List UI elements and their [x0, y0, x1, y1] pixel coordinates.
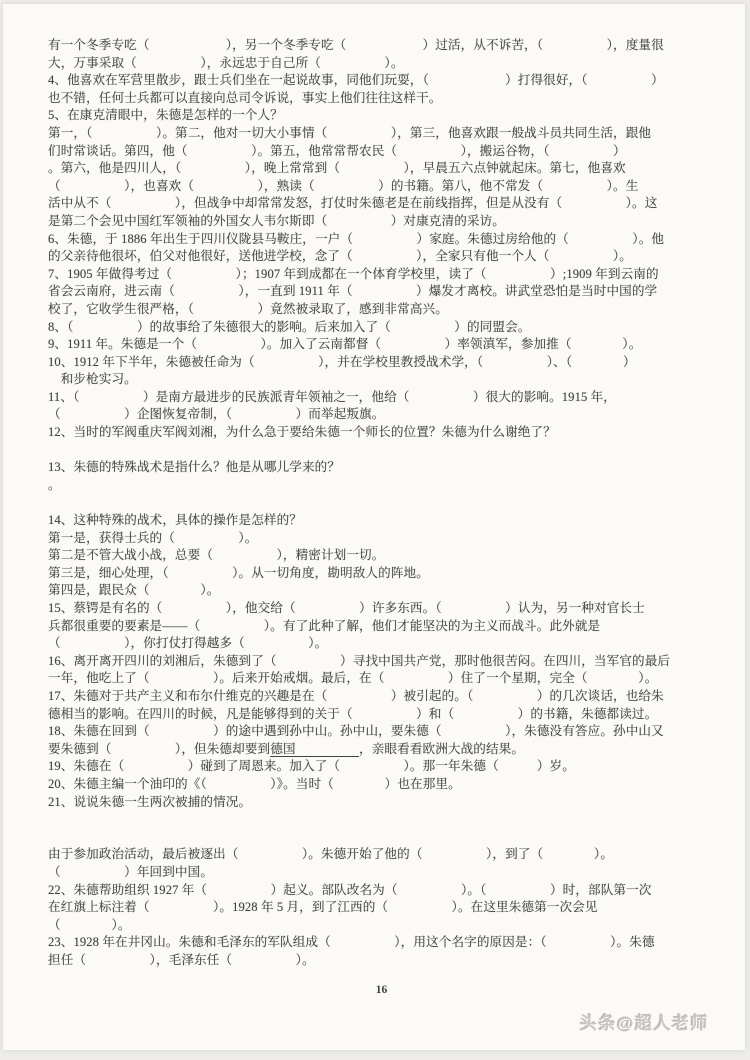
text-line: （ ）。	[48, 917, 715, 935]
text-line: 6、朱德，于 1886 年出生于四川仪陇县马鞍庄，一户（ ）家庭。朱德过房给他的…	[48, 231, 715, 249]
blank-line	[48, 811, 715, 829]
worksheet-body: 有一个冬季专吃（ ），另一个冬季专吃（ ）过活，从不诉苦，（ ），度量很 大，万…	[3, 4, 745, 996]
text-line: 17、朱德对于共产主义和布尔什维克的兴趣是在（ ）被引起的。（ ）的几次谈话，也…	[48, 688, 715, 706]
text-line: （ ），你打仗打得越多（ ）。	[48, 635, 715, 653]
text-line: 第一是，获得士兵的（ ）。	[48, 530, 715, 548]
text-line: （ ）企图恢复帝制，（ ）而举起叛旗。	[48, 406, 715, 424]
text-line: 10、1912 年下半年，朱德被任命为（ ），并在学校里教授战术学，（ ）、（ …	[48, 354, 715, 372]
text-line: 12、当时的军阀重庆军阀刘湘，为什么急于要给朱德一个师长的位置？朱德为什么谢绝了…	[48, 424, 715, 442]
text-line: 省会云南府，进云南（ ），一直到 1911 年（ ）爆发才离校。讲武堂恐怕是当时…	[48, 283, 715, 301]
text-line: 13、朱德的特殊战术是指什么？他是从哪儿学来的？	[48, 459, 715, 477]
text-line: 5、在康克清眼中，朱德是怎样的一个人？	[48, 107, 715, 125]
text-line: 活中从不（ ），但战争中却常常发怒，打仗时朱德老是在前线指挥，但是从没有（ ）。…	[48, 195, 715, 213]
text-line: 9、1911 年。朱德是一个（ ）。加入了云南都督（ ）率领滇军，参加推（ ）。	[48, 336, 715, 354]
text-line: 兵都很重要的要素是——（ ）。有了此种了解，他们才能坚决的为主义而战斗。此外就是	[48, 618, 715, 636]
text-line: 由于参加政治活动，最后被逐出（ ）。朱德开始了他的（ ），到了（ ）。	[48, 846, 715, 864]
text-line: 19、朱德在（ ）碰到了周恩来。加入了（ ）。那一年朱德（ ）岁。	[48, 758, 715, 776]
text-line: 8、（ ）的故事给了朱德很大的影响。后来加入了（ ）的同盟会。	[48, 319, 715, 337]
underlined-answer: 德国	[270, 742, 359, 756]
text-line: 。第六，他是四川人，（ ），晚上常常到（ ），早晨五六点钟就起床。第七，他喜欢	[48, 160, 715, 178]
text-line: 18、朱德在回到（ ）的途中遇到孙中山。孙中山，要朱德（ ），朱德没有答应。孙中…	[48, 723, 715, 741]
blank-line	[48, 829, 715, 847]
text-line: 15、蔡锷是有名的（ ），他交给（ ）许多东西。（ ）认为，另一种对官长士	[48, 600, 715, 618]
text-segment: 要朱德到（ ），但朱德却要到	[48, 742, 270, 756]
text-line: 。	[48, 477, 715, 495]
text-line: （ ）年回到中国。	[48, 864, 715, 882]
page-number: 16	[48, 984, 715, 996]
text-line: 14、这种特殊的战术，具体的操作是怎样的？	[48, 512, 715, 530]
text-line: 是第二个会见中国红军领袖的外国女人韦尔斯即（ ）对康克清的采访。	[48, 213, 715, 231]
text-line: 大，万事采取（ ），永远忠于自己所（ ）。	[48, 55, 715, 73]
watermark: 头条@超人老师	[580, 1009, 709, 1034]
text-line: 担任（ ），毛泽东任（ ）。	[48, 952, 715, 970]
text-line: 在红旗上标注着（ ）。1928 年 5 月，到了江西的（ ）。在这里朱德第一次会…	[48, 899, 715, 917]
text-line: 也不错，任何士兵都可以直接向总司令诉说，事实上他们往往这样干。	[48, 90, 715, 108]
text-line: 们时常谈话。第四，他（ ）。第五，他常常帮农民（ ），搬运谷物，（ ）	[48, 143, 715, 161]
text-line: 德相当的影响。在四川的时候，凡是能够得到的关于（ ）和（ ）的书籍，朱德都读过。	[48, 706, 715, 724]
text-line: 第一，（ ）。第二，他对一切大小事情（ ），第三，他喜欢跟一般战斗员共同生活，跟…	[48, 125, 715, 143]
text-line: 的父亲待他很坏，伯父对他很好，送他进学校，念了（ ），全家只有他一个人（ ）。	[48, 248, 715, 266]
text-line: 7、1905 年做得考过（ ）；1907 年到成都在一个体育学校里，读了（ ）;…	[48, 266, 715, 284]
text-segment: ，亲眼看看欧洲大战的结果。	[359, 742, 524, 756]
text-line: （ ），也喜欢（ ），熟读（ ）的书籍。第八，他不常发（ ）。生	[48, 178, 715, 196]
document-page: 有一个冬季专吃（ ），另一个冬季专吃（ ）过活，从不诉苦，（ ），度量很 大，万…	[3, 4, 745, 1050]
text-line: 23、1928 年在井冈山。朱德和毛泽东的军队组成（ ），用这个名字的原因是：（…	[48, 934, 715, 952]
text-line: 4、他喜欢在军营里散步，跟士兵们坐在一起说故事，同他们玩耍，（ ）打得很好，（ …	[48, 72, 715, 90]
text-line: 第三是，细心处理，（ ）。从一切角度，勘明敌人的阵地。	[48, 565, 715, 583]
blank-line	[48, 494, 715, 512]
text-line: 有一个冬季专吃（ ），另一个冬季专吃（ ）过活，从不诉苦，（ ），度量很	[48, 37, 715, 55]
text-line: 第四是，跟民众（ ）。	[48, 582, 715, 600]
text-line-with-underline: 要朱德到（ ），但朱德却要到德国 ，亲眼看看欧洲大战的结果。	[48, 741, 715, 759]
text-line: 和步枪实习。	[48, 371, 715, 389]
text-line: 20、朱德主编一个油印的《（ ）》。当时（ ）也在那里。	[48, 776, 715, 794]
text-line: 11、（ ）是南方最进步的民族派青年领袖之一，他给（ ）很大的影响。1915 年…	[48, 389, 715, 407]
text-line: 校了，它收学生很严格，（ ）竟然被录取了，感到非常高兴。	[48, 301, 715, 319]
text-line: 第二是不管大战小战，总要（ ），精密计划一切。	[48, 547, 715, 565]
text-line: 一年，他吃上了（ ）。后来开始戒烟。最后，在（ ）住了一个星期，完全（ ）。	[48, 670, 715, 688]
text-line: 16、离开离开四川的刘湘后，朱德到了（ ）寻找中国共产党，那时他很苦闷。在四川，…	[48, 653, 715, 671]
text-line: 21、说说朱德一生两次被捕的情况。	[48, 794, 715, 812]
text-line: 22、朱德帮助组织 1927 年（ ）起义。部队改名为（ ）。（ ）时，部队第一…	[48, 882, 715, 900]
blank-line	[48, 442, 715, 460]
